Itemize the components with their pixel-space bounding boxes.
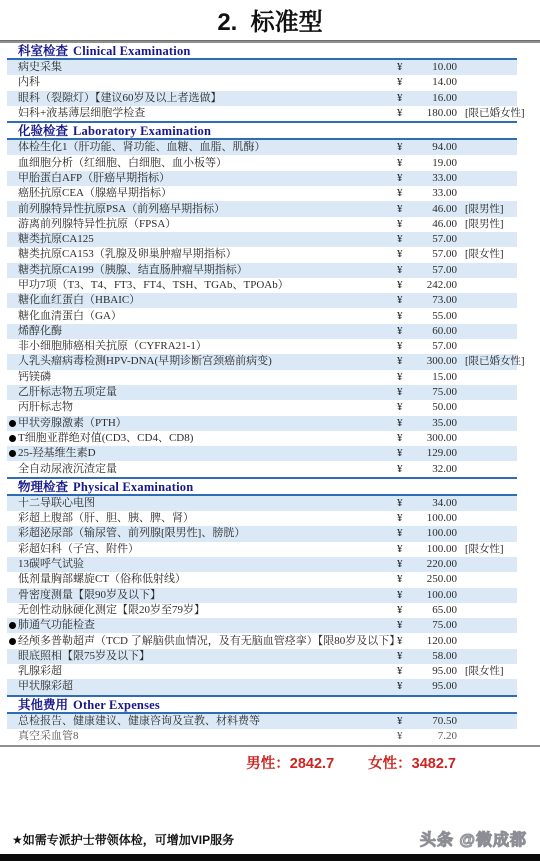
row-price: 100.00 xyxy=(413,526,457,541)
yen-symbol: ¥ xyxy=(397,462,413,477)
table-row: 病史采集¥10.00 xyxy=(7,60,517,75)
table-row: 全自动尿液沉渣定量¥32.00 xyxy=(7,461,517,476)
row-item-name: 乳腺彩超 xyxy=(18,664,397,679)
yen-symbol: ¥ xyxy=(397,496,413,511)
row-item-name: 糖化血红蛋白（HBAIC） xyxy=(18,293,397,308)
section-header-zh: 物理检查 xyxy=(18,480,68,494)
table-row: 低剂量胸部螺旋CT（俗称低射线）¥250.00 xyxy=(7,572,517,587)
row-price: 95.00 xyxy=(413,664,457,679)
table-row: 糖类抗原CA153（乳腺及卵巢肿瘤早期指标）¥57.00[限女性] xyxy=(7,247,517,262)
row-note: [限男性] xyxy=(457,202,517,217)
row-note: [限女性] xyxy=(457,542,517,557)
table-row: 肺通气功能检查¥75.00 xyxy=(7,618,517,633)
table-row: 乳腺彩超¥95.00[限女性] xyxy=(7,664,517,679)
row-item-name: 甲状旁腺激素（PTH） xyxy=(18,416,397,431)
row-price: 242.00 xyxy=(413,278,457,293)
table-row: 真空采血管8¥7.20 xyxy=(7,729,517,744)
section-header: 科室检查Clinical Examination xyxy=(7,43,517,60)
row-price: 60.00 xyxy=(413,324,457,339)
row-price: 57.00 xyxy=(413,339,457,354)
row-note: [限已婚女性] xyxy=(457,106,517,121)
row-item-name: 人乳头瘤病毒检测HPV-DNA(早期诊断宫颈癌前病变) xyxy=(18,354,397,369)
row-price: 34.00 xyxy=(413,496,457,511)
yen-symbol: ¥ xyxy=(397,416,413,431)
row-item-name: 骨密度测量【限90岁及以下】 xyxy=(18,588,397,603)
table-row: 体检生化1（肝功能、肾功能、血糖、血脂、肌酶）¥94.00 xyxy=(7,140,517,155)
row-item-name: 无创性动脉硬化测定【限20岁至79岁】 xyxy=(18,603,397,618)
row-item-name: 体检生化1（肝功能、肾功能、血糖、血脂、肌酶） xyxy=(18,140,397,155)
yen-symbol: ¥ xyxy=(397,400,413,415)
male-total: 男性：2842.7 xyxy=(246,752,334,773)
row-price: 70.50 xyxy=(413,714,457,729)
table-row: 经颅多普勒超声（TCD 了解脑供血情况，及有无脑血管痉挛）【限80岁及以下】¥1… xyxy=(7,633,517,648)
yen-symbol: ¥ xyxy=(397,186,413,201)
row-item-name: 糖化血清蛋白（GA） xyxy=(18,309,397,324)
row-price: 32.00 xyxy=(413,462,457,477)
row-note: [限女性] xyxy=(457,664,517,679)
male-total-label: 男性： xyxy=(246,756,290,772)
yen-symbol: ¥ xyxy=(397,431,413,446)
row-price: 14.00 xyxy=(413,75,457,90)
yen-symbol: ¥ xyxy=(397,202,413,217)
yen-symbol: ¥ xyxy=(397,618,413,633)
table-row: 甲状旁腺激素（PTH）¥35.00 xyxy=(7,416,517,431)
yen-symbol: ¥ xyxy=(397,263,413,278)
yen-symbol: ¥ xyxy=(397,324,413,339)
section-header-zh: 科室检查 xyxy=(18,44,68,58)
row-item-name: 糖类抗原CA125 xyxy=(18,232,397,247)
row-item-name: 全自动尿液沉渣定量 xyxy=(18,462,397,477)
yen-symbol: ¥ xyxy=(397,339,413,354)
row-item-name: 彩超上腹部（肝、胆、胰、脾、肾） xyxy=(18,511,397,526)
yen-symbol: ¥ xyxy=(397,75,413,90)
bullet-icon xyxy=(9,435,16,442)
table-row: 彩超上腹部（肝、胆、胰、脾、肾）¥100.00 xyxy=(7,511,517,526)
row-price: 75.00 xyxy=(413,385,457,400)
row-note: [限男性] xyxy=(457,217,517,232)
row-item-name: 糖类抗原CA153（乳腺及卵巢肿瘤早期指标） xyxy=(18,247,397,262)
table-row: 丙肝标志物¥50.00 xyxy=(7,400,517,415)
row-item-name: 前列腺特异性抗原PSA（前列癌早期指标） xyxy=(18,202,397,217)
yen-symbol: ¥ xyxy=(397,679,413,694)
section-header-zh: 其他费用 xyxy=(18,698,68,712)
row-price: 73.00 xyxy=(413,293,457,308)
totals-row: 男性：2842.7 女性：3482.7 xyxy=(0,752,540,773)
yen-symbol: ¥ xyxy=(397,649,413,664)
yen-symbol: ¥ xyxy=(397,603,413,618)
table-row: 非小细胞肺癌相关抗原（CYFRA21-1）¥57.00 xyxy=(7,339,517,354)
yen-symbol: ¥ xyxy=(397,511,413,526)
section-header: 其他费用Other Expenses xyxy=(7,697,517,714)
row-price: 300.00 xyxy=(413,431,457,446)
section-header-en: Clinical Examination xyxy=(73,44,191,58)
yen-symbol: ¥ xyxy=(397,526,413,541)
yen-symbol: ¥ xyxy=(397,446,413,461)
yen-symbol: ¥ xyxy=(397,664,413,679)
row-item-name: 彩超妇科（子宫、附件） xyxy=(18,542,397,557)
yen-symbol: ¥ xyxy=(397,60,413,75)
table-row: 人乳头瘤病毒检测HPV-DNA(早期诊断宫颈癌前病变)¥300.00[限已婚女性… xyxy=(7,354,517,369)
row-price: 100.00 xyxy=(413,588,457,603)
yen-symbol: ¥ xyxy=(397,247,413,262)
table-row: 十二导联心电图¥34.00 xyxy=(7,496,517,511)
table-row: 总检报告、健康建议、健康咨询及宣教、材料费等¥70.50 xyxy=(7,714,517,729)
table-row: 糖化血红蛋白（HBAIC）¥73.00 xyxy=(7,293,517,308)
row-item-name: 内科 xyxy=(18,75,397,90)
yen-symbol: ¥ xyxy=(397,171,413,186)
row-note: [限女性] xyxy=(457,247,517,262)
table-row: 无创性动脉硬化测定【限20岁至79岁】¥65.00 xyxy=(7,603,517,618)
row-price: 46.00 xyxy=(413,217,457,232)
row-item-name: 低剂量胸部螺旋CT（俗称低射线） xyxy=(18,572,397,587)
price-table: 科室检查Clinical Examination病史采集¥10.00内科¥14.… xyxy=(7,43,517,744)
yen-symbol: ¥ xyxy=(397,572,413,587)
row-price: 57.00 xyxy=(413,247,457,262)
section-header: 化验检查Laboratory Examination xyxy=(7,123,517,140)
row-item-name: T细胞亚群绝对值(CD3、CD4、CD8) xyxy=(18,431,397,446)
female-total-value: 3482.7 xyxy=(412,756,456,772)
female-total-label: 女性： xyxy=(368,756,412,772)
row-item-name: 甲状腺彩超 xyxy=(18,679,397,694)
yen-symbol: ¥ xyxy=(397,232,413,247)
yen-symbol: ¥ xyxy=(397,140,413,155)
table-row: 眼科（裂隙灯）【建议60岁及以上者选做】¥16.00 xyxy=(7,91,517,106)
row-price: 46.00 xyxy=(413,202,457,217)
row-price: 180.00 xyxy=(413,106,457,121)
row-price: 33.00 xyxy=(413,171,457,186)
row-price: 57.00 xyxy=(413,263,457,278)
female-total: 女性：3482.7 xyxy=(368,752,456,773)
table-row: 甲胎蛋白AFP（肝癌早期指标）¥33.00 xyxy=(7,171,517,186)
vip-service-note: ★如需专派护士带领体检，可增加VIP服务 xyxy=(12,831,234,848)
section-header: 物理检查Physical Examination xyxy=(7,479,517,496)
row-item-name: 眼底照相【限75岁及以下】 xyxy=(18,649,397,664)
price-list-page: 2. 标准型 科室检查Clinical Examination病史采集¥10.0… xyxy=(0,0,540,861)
row-price: 75.00 xyxy=(413,618,457,633)
row-item-name: 病史采集 xyxy=(18,60,397,75)
row-item-name: 十二导联心电图 xyxy=(18,496,397,511)
row-note: [限已婚女性] xyxy=(457,354,517,369)
row-price: 58.00 xyxy=(413,649,457,664)
yen-symbol: ¥ xyxy=(397,106,413,121)
table-section: 其他费用Other Expenses总检报告、健康建议、健康咨询及宣教、材料费等… xyxy=(7,695,517,745)
row-item-name: 真空采血管8 xyxy=(18,729,397,744)
row-item-name: 13碳呼气试验 xyxy=(18,557,397,572)
table-row: 甲状腺彩超¥95.00 xyxy=(7,679,517,694)
row-price: 220.00 xyxy=(413,557,457,572)
table-row: 内科¥14.00 xyxy=(7,75,517,90)
table-row: 乙肝标志物五项定量¥75.00 xyxy=(7,385,517,400)
row-price: 19.00 xyxy=(413,156,457,171)
bullet-icon xyxy=(9,638,16,645)
section-header-en: Laboratory Examination xyxy=(73,124,211,138)
yen-symbol: ¥ xyxy=(397,370,413,385)
male-total-value: 2842.7 xyxy=(290,756,334,772)
table-row: T细胞亚群绝对值(CD3、CD4、CD8)¥300.00 xyxy=(7,431,517,446)
row-price: 250.00 xyxy=(413,572,457,587)
row-item-name: 丙肝标志物 xyxy=(18,400,397,415)
row-price: 15.00 xyxy=(413,370,457,385)
table-row: 眼底照相【限75岁及以下】¥58.00 xyxy=(7,649,517,664)
row-item-name: 烯醇化酶 xyxy=(18,324,397,339)
row-item-name: 甲功7项（T3、T4、FT3、FT4、TSH、TGAb、TPOAb） xyxy=(18,278,397,293)
row-item-name: 游离前列腺特异性抗原（FPSA） xyxy=(18,217,397,232)
table-section: 化验检查Laboratory Examination体检生化1（肝功能、肾功能、… xyxy=(7,121,517,477)
table-section: 科室检查Clinical Examination病史采集¥10.00内科¥14.… xyxy=(7,43,517,121)
row-price: 94.00 xyxy=(413,140,457,155)
yen-symbol: ¥ xyxy=(397,354,413,369)
row-price: 50.00 xyxy=(413,400,457,415)
row-price: 100.00 xyxy=(413,542,457,557)
table-row: 彩超妇科（子宫、附件）¥100.00[限女性] xyxy=(7,542,517,557)
row-price: 300.00 xyxy=(413,354,457,369)
row-price: 10.00 xyxy=(413,60,457,75)
table-row: 钙镁磷¥15.00 xyxy=(7,370,517,385)
yen-symbol: ¥ xyxy=(397,278,413,293)
row-item-name: 总检报告、健康建议、健康咨询及宣教、材料费等 xyxy=(18,714,397,729)
yen-symbol: ¥ xyxy=(397,156,413,171)
row-item-name: 肺通气功能检查 xyxy=(18,618,397,633)
table-row: 烯醇化酶¥60.00 xyxy=(7,324,517,339)
yen-symbol: ¥ xyxy=(397,557,413,572)
bottom-black-bar xyxy=(0,854,540,861)
row-price: 35.00 xyxy=(413,416,457,431)
row-price: 95.00 xyxy=(413,679,457,694)
row-price: 129.00 xyxy=(413,446,457,461)
yen-symbol: ¥ xyxy=(397,309,413,324)
table-section: 物理检查Physical Examination十二导联心电图¥34.00彩超上… xyxy=(7,477,517,695)
table-row: 彩超泌尿部（输尿管、前列腺[限男性]、膀胱）¥100.00 xyxy=(7,526,517,541)
row-item-name: 妇科+液基薄层细胞学检查 xyxy=(18,106,397,121)
table-row: 癌胚抗原CEA（腺癌早期指标）¥33.00 xyxy=(7,186,517,201)
section-header-zh: 化验检查 xyxy=(18,124,68,138)
table-row: 前列腺特异性抗原PSA（前列癌早期指标）¥46.00[限男性] xyxy=(7,201,517,216)
row-item-name: 25-羟基维生素D xyxy=(18,446,397,461)
table-row: 妇科+液基薄层细胞学检查¥180.00[限已婚女性] xyxy=(7,106,517,121)
yen-symbol: ¥ xyxy=(397,729,413,744)
section-header-en: Other Expenses xyxy=(73,698,160,712)
yen-symbol: ¥ xyxy=(397,714,413,729)
table-row: 甲功7项（T3、T4、FT3、FT4、TSH、TGAb、TPOAb）¥242.0… xyxy=(7,278,517,293)
row-price: 57.00 xyxy=(413,232,457,247)
row-price: 65.00 xyxy=(413,603,457,618)
row-price: 120.00 xyxy=(413,634,457,649)
table-row: 游离前列腺特异性抗原（FPSA）¥46.00[限男性] xyxy=(7,217,517,232)
bullet-icon xyxy=(9,622,16,629)
row-item-name: 癌胚抗原CEA（腺癌早期指标） xyxy=(18,186,397,201)
yen-symbol: ¥ xyxy=(397,217,413,232)
row-item-name: 甲胎蛋白AFP（肝癌早期指标） xyxy=(18,171,397,186)
bullet-icon xyxy=(9,450,16,457)
table-bottom-divider xyxy=(0,745,540,747)
table-row: 13碳呼气试验¥220.00 xyxy=(7,557,517,572)
row-item-name: 经颅多普勒超声（TCD 了解脑供血情况，及有无脑血管痉挛）【限80岁及以下】 xyxy=(18,634,397,649)
row-price: 16.00 xyxy=(413,91,457,106)
row-price: 33.00 xyxy=(413,186,457,201)
table-row: 骨密度测量【限90岁及以下】¥100.00 xyxy=(7,588,517,603)
yen-symbol: ¥ xyxy=(397,542,413,557)
row-price: 100.00 xyxy=(413,511,457,526)
table-row: 25-羟基维生素D¥129.00 xyxy=(7,446,517,461)
row-item-name: 彩超泌尿部（输尿管、前列腺[限男性]、膀胱） xyxy=(18,526,397,541)
table-row: 血细胞分析（红细胞、白细胞、血小板等）¥19.00 xyxy=(7,155,517,170)
bullet-icon xyxy=(9,420,16,427)
table-row: 糖类抗原CA199（胰腺、结直肠肿瘤早期指标）¥57.00 xyxy=(7,263,517,278)
yen-symbol: ¥ xyxy=(397,634,413,649)
row-item-name: 乙肝标志物五项定量 xyxy=(18,385,397,400)
row-item-name: 血细胞分析（红细胞、白细胞、血小板等） xyxy=(18,156,397,171)
row-item-name: 非小细胞肺癌相关抗原（CYFRA21-1） xyxy=(18,339,397,354)
row-item-name: 糖类抗原CA199（胰腺、结直肠肿瘤早期指标） xyxy=(18,263,397,278)
yen-symbol: ¥ xyxy=(397,91,413,106)
row-price: 7.20 xyxy=(413,729,457,744)
watermark-toutiao: 头条 @微成都 xyxy=(420,827,527,850)
section-header-en: Physical Examination xyxy=(73,480,193,494)
page-title: 2. 标准型 xyxy=(0,0,540,39)
yen-symbol: ¥ xyxy=(397,293,413,308)
table-row: 糖化血清蛋白（GA）¥55.00 xyxy=(7,308,517,323)
row-item-name: 钙镁磷 xyxy=(18,370,397,385)
row-item-name: 眼科（裂隙灯）【建议60岁及以上者选做】 xyxy=(18,91,397,106)
table-row: 糖类抗原CA125¥57.00 xyxy=(7,232,517,247)
yen-symbol: ¥ xyxy=(397,588,413,603)
row-price: 55.00 xyxy=(413,309,457,324)
yen-symbol: ¥ xyxy=(397,385,413,400)
